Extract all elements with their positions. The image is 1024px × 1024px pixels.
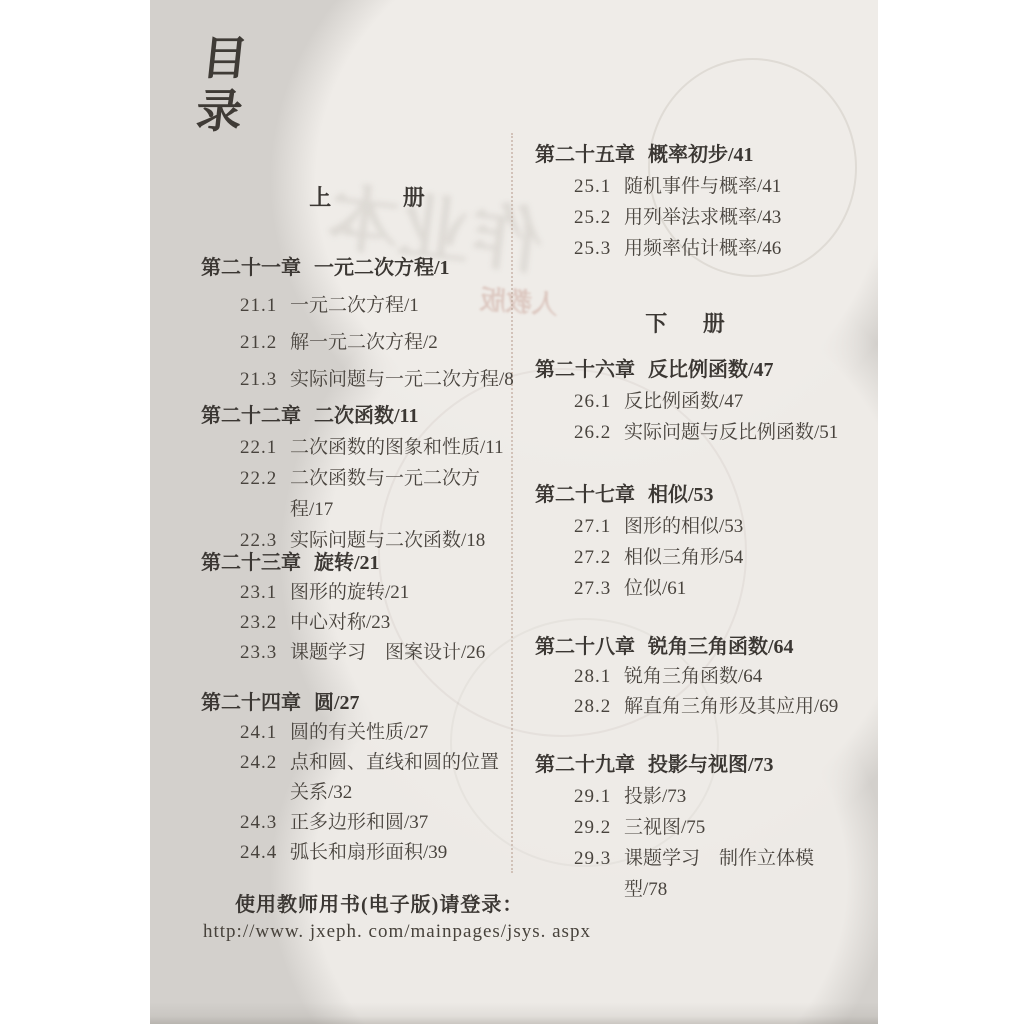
chapter-number: 第二十四章 [201,688,301,718]
toc-item: 29.3 课题学习 制作立体模型/78 [535,843,850,905]
chapter-title: 反比例函数/47 [648,355,774,386]
chapter-title: 投影与视图/73 [648,750,774,781]
item-number: 29.2 [535,812,624,843]
toc-item: 28.2 解直角三角形及其应用/69 [535,692,850,722]
toc-item: 22.1 二次函数的图象和性质/11 [201,432,516,463]
chapter-23: 第二十三章 旋转/21 23.1 图形的旋转/21 23.2 中心对称/23 2… [201,548,516,668]
chapter-number: 第二十八章 [535,632,635,662]
chapter-24-header: 第二十四章 圆/27 [201,688,516,718]
item-text: 用频率估计概率/46 [624,233,850,264]
toc-item: 21.2 解一元二次方程/2 [201,324,516,361]
toc-item: 29.2 三视图/75 [535,812,850,843]
chapter-24: 第二十四章 圆/27 24.1 圆的有关性质/27 24.2 点和圆、直线和圆的… [201,688,516,868]
item-text: 弧长和扇形面积/39 [290,838,516,868]
chapter-number: 第二十三章 [201,548,301,578]
teacher-book-url: http://www. jxeph. com/mainpages/jsys. a… [203,921,591,943]
item-number: 24.4 [201,838,290,868]
chapter-29: 第二十九章 投影与视图/73 29.1 投影/73 29.2 三视图/75 29… [535,750,850,905]
item-number: 23.3 [201,638,290,668]
toc-item: 21.3 实际问题与一元二次方程/8 [201,361,516,398]
item-number: 26.1 [535,386,624,417]
item-text: 二次函数与一元二次方程/17 [290,463,516,525]
chapter-22: 第二十二章 二次函数/11 22.1 二次函数的图象和性质/11 22.2 二次… [201,401,516,556]
chapter-number: 第二十七章 [535,480,635,511]
chapter-23-header: 第二十三章 旋转/21 [201,548,516,578]
item-text: 锐角三角函数/64 [624,662,850,692]
page-title: 目录 [190,32,253,139]
toc-item: 25.3 用频率估计概率/46 [535,233,850,264]
chapter-title: 一元二次方程/1 [314,250,450,287]
item-text: 相似三角形/54 [624,542,850,573]
toc-item: 27.2 相似三角形/54 [535,542,850,573]
item-text: 一元二次方程/1 [290,287,516,324]
toc-item: 24.1 圆的有关性质/27 [201,718,516,748]
item-number: 21.3 [201,361,290,398]
item-number: 22.1 [201,432,290,463]
chapter-28: 第二十八章 锐角三角函数/64 28.1 锐角三角函数/64 28.2 解直角三… [535,632,850,722]
toc-item: 25.1 随机事件与概率/41 [535,171,850,202]
chapter-title: 二次函数/11 [314,401,418,432]
item-text: 中心对称/23 [290,608,516,638]
chapter-title: 圆/27 [314,688,360,718]
item-text: 投影/73 [624,781,850,812]
item-text: 三视图/75 [624,812,850,843]
chapter-21: 第二十一章 一元二次方程/1 21.1 一元二次方程/1 21.2 解一元二次方… [201,250,516,398]
volume-heading-xiace: 下 册 [595,307,775,338]
chapter-26: 第二十六章 反比例函数/47 26.1 反比例函数/47 26.2 实际问题与反… [535,355,850,448]
item-number: 28.2 [535,692,624,722]
chapter-21-header: 第二十一章 一元二次方程/1 [201,250,516,287]
chapter-22-header: 第二十二章 二次函数/11 [201,401,516,432]
item-text: 圆的有关性质/27 [290,718,516,748]
item-text: 反比例函数/47 [624,386,850,417]
chapter-number: 第二十一章 [201,250,301,287]
chapter-25: 第二十五章 概率初步/41 25.1 随机事件与概率/41 25.2 用列举法求… [535,140,850,264]
item-text: 课题学习 制作立体模型/78 [624,843,850,905]
item-number: 21.1 [201,287,290,324]
item-number: 25.1 [535,171,624,202]
item-text: 图形的相似/53 [624,511,850,542]
item-text: 实际问题与一元二次方程/8 [290,361,516,398]
item-text: 点和圆、直线和圆的位置 关系/32 [290,748,516,808]
item-number: 27.2 [535,542,624,573]
toc-item: 24.3 正多边形和圆/37 [201,808,516,838]
chapter-number: 第二十五章 [535,140,635,171]
item-number: 29.1 [535,781,624,812]
chapter-28-header: 第二十八章 锐角三角函数/64 [535,632,850,662]
item-text: 二次函数的图象和性质/11 [290,432,516,463]
chapter-25-header: 第二十五章 概率初步/41 [535,140,850,171]
item-number: 21.2 [201,324,290,361]
chapter-title: 相似/53 [648,480,714,511]
toc-item: 26.1 反比例函数/47 [535,386,850,417]
chapter-26-header: 第二十六章 反比例函数/47 [535,355,850,386]
volume-heading-shangce: 上 册 [277,181,457,212]
item-number: 28.1 [535,662,624,692]
chapter-title: 锐角三角函数/64 [648,632,794,662]
toc-item: 23.1 图形的旋转/21 [201,578,516,608]
toc-item: 24.2 点和圆、直线和圆的位置 关系/32 [201,748,516,808]
item-text: 用列举法求概率/43 [624,202,850,233]
item-text: 课题学习 图案设计/26 [290,638,516,668]
toc-item: 21.1 一元二次方程/1 [201,287,516,324]
item-number: 23.2 [201,608,290,638]
toc-item: 23.3 课题学习 图案设计/26 [201,638,516,668]
item-number: 23.1 [201,578,290,608]
item-text: 图形的旋转/21 [290,578,516,608]
item-text: 解直角三角形及其应用/69 [624,692,850,722]
chapter-title: 概率初步/41 [648,140,754,171]
chapter-29-header: 第二十九章 投影与视图/73 [535,750,850,781]
item-number: 22.2 [201,463,290,525]
item-number: 25.2 [535,202,624,233]
toc-item: 26.2 实际问题与反比例函数/51 [535,417,850,448]
toc-item: 27.1 图形的相似/53 [535,511,850,542]
chapter-number: 第二十二章 [201,401,301,432]
toc-item: 24.4 弧长和扇形面积/39 [201,838,516,868]
item-number: 24.2 [201,748,290,808]
chapter-27: 第二十七章 相似/53 27.1 图形的相似/53 27.2 相似三角形/54 … [535,480,850,604]
chapter-number: 第二十九章 [535,750,635,781]
item-text: 位似/61 [624,573,850,604]
item-text: 解一元二次方程/2 [290,324,516,361]
scanned-book-page: 作业本 人教版 目录 上 册 下 册 第二十一章 一元二次方程/1 21.1 一… [150,0,878,1024]
item-text: 实际问题与反比例函数/51 [624,417,850,448]
item-number: 25.3 [535,233,624,264]
item-number: 27.1 [535,511,624,542]
toc-item: 27.3 位似/61 [535,573,850,604]
toc-item: 22.2 二次函数与一元二次方程/17 [201,463,516,525]
toc-item: 29.1 投影/73 [535,781,850,812]
item-text: 随机事件与概率/41 [624,171,850,202]
chapter-title: 旋转/21 [314,548,380,578]
item-text: 正多边形和圆/37 [290,808,516,838]
item-number: 24.1 [201,718,290,748]
teacher-book-note: 使用教师用书(电子版)请登录： [235,888,523,917]
toc-item: 23.2 中心对称/23 [201,608,516,638]
toc-item: 28.1 锐角三角函数/64 [535,662,850,692]
item-number: 24.3 [201,808,290,838]
chapter-27-header: 第二十七章 相似/53 [535,480,850,511]
toc-item: 25.2 用列举法求概率/43 [535,202,850,233]
item-number: 29.3 [535,843,624,905]
chapter-number: 第二十六章 [535,355,635,386]
item-number: 27.3 [535,573,624,604]
item-number: 26.2 [535,417,624,448]
